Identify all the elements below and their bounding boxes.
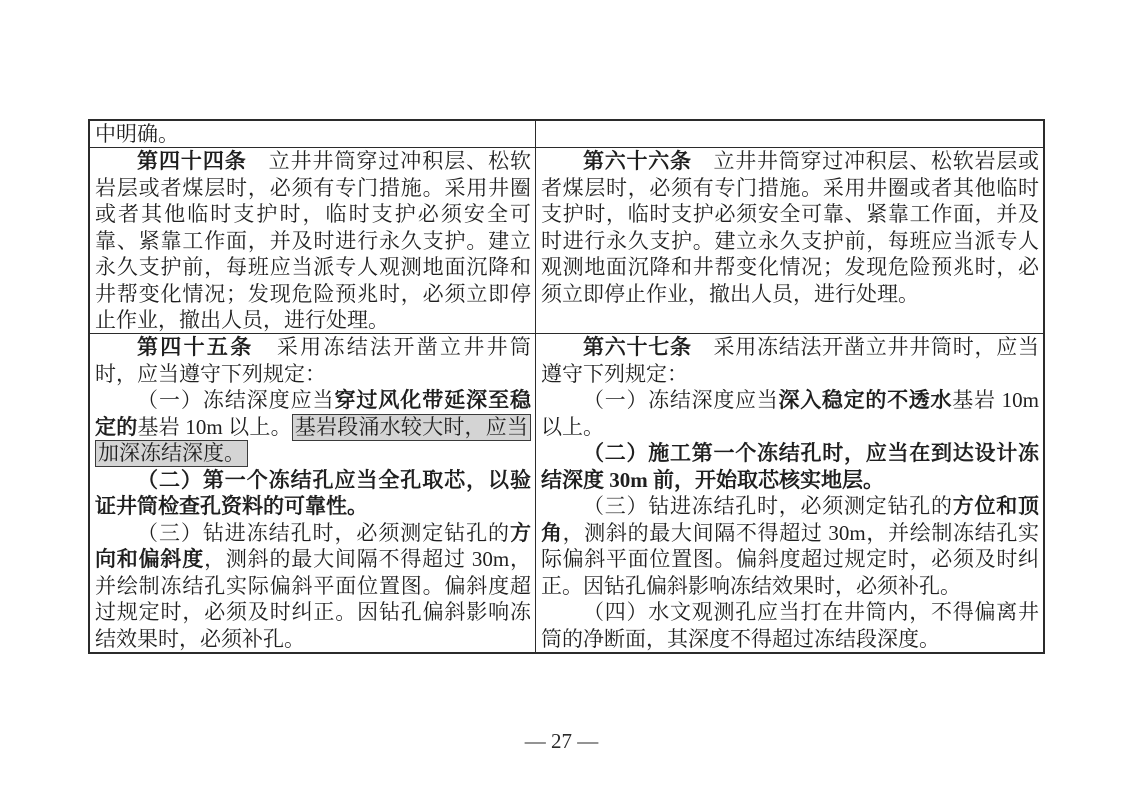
text-run: （一）冻结深度应当: [583, 388, 778, 412]
text-run: （一）冻结深度应当: [137, 388, 334, 412]
table-cell-left-row3: 第四十五条 采用冻结法开凿立井井筒时，应当遵守下列规定：（一）冻结深度应当穿过风…: [90, 334, 536, 652]
text-run: 基岩 10m 以上。: [137, 415, 291, 439]
text-run: 中明确。: [95, 122, 179, 146]
text-run: ，测斜的最大间隔不得超过 30m，并绘制冻结孔实际偏斜平面位置图。偏斜度超过规定…: [541, 521, 1039, 598]
paragraph: 第四十五条 采用冻结法开凿立井井筒时，应当遵守下列规定：: [95, 334, 531, 387]
bold-text: 第四十四条: [137, 149, 247, 173]
table-cell-right-row2: 第六十六条 立井井筒穿过冲积层、松软岩层或者煤层时，必须有专门措施。采用井圈或者…: [536, 148, 1043, 334]
text-run: （三）钻进冻结孔时，必须测定钻孔的: [137, 521, 510, 545]
paragraph: （三）钻进冻结孔时，必须测定钻孔的方位和顶角，测斜的最大间隔不得超过 30m，并…: [541, 493, 1039, 599]
paragraph: （一）冻结深度应当深入稳定的不透水基岩 10m 以上。: [541, 387, 1039, 440]
text-run: （四）水文观测孔应当打在井筒内，不得偏离井筒的净断面，其深度不得超过冻结段深度。: [541, 600, 1039, 651]
bold-text: （二）第一个冻结孔应当全孔取芯，以验证井筒检查孔资料的可靠性。: [95, 468, 531, 519]
paragraph: 中明确。: [95, 121, 531, 148]
page-number: — 27 —: [0, 729, 1123, 754]
bold-text: 第四十五条: [137, 335, 254, 359]
paragraph: （三）钻进冻结孔时，必须测定钻孔的方向和偏斜度，测斜的最大间隔不得超过 30m，…: [95, 520, 531, 653]
paragraph: （二）施工第一个冻结孔时，应当在到达设计冻结深度 30m 前，开始取芯核实地层。: [541, 440, 1039, 493]
paragraph: （二）第一个冻结孔应当全孔取芯，以验证井筒检查孔资料的可靠性。: [95, 467, 531, 520]
table-cell-left-row1: 中明确。: [90, 121, 536, 148]
bold-text: 第六十七条: [583, 335, 692, 359]
document-page: { "document": { "footer_page_number": "—…: [0, 0, 1123, 794]
paragraph: （一）冻结深度应当穿过风化带延深至稳定的基岩 10m 以上。基岩段涌水较大时，应…: [95, 387, 531, 467]
text-run: （三）钻进冻结孔时，必须测定钻孔的: [583, 494, 953, 518]
paragraph: 第六十七条 采用冻结法开凿立井井筒时，应当遵守下列规定：: [541, 334, 1039, 387]
comparison-table: 中明确。第四十四条 立井井筒穿过冲积层、松软岩层或者煤层时，必须有专门措施。采用…: [88, 119, 1045, 654]
bold-text: 深入稳定的不透水: [778, 388, 952, 412]
bold-text: （二）施工第一个冻结孔时，应当在到达设计冻结深度 30m 前，开始取芯核实地层。: [541, 441, 1039, 492]
paragraph: （四）水文观测孔应当打在井筒内，不得偏离井筒的净断面，其深度不得超过冻结段深度。: [541, 599, 1039, 652]
table-cell-right-row1: [536, 121, 1043, 148]
table-cell-right-row3: 第六十七条 采用冻结法开凿立井井筒时，应当遵守下列规定：（一）冻结深度应当深入稳…: [536, 334, 1043, 652]
bold-text: 第六十六条: [583, 149, 692, 173]
text-run: 立井井筒穿过冲积层、松软岩层或者煤层时，必须有专门措施。采用井圈或者其他临时支护…: [95, 149, 531, 332]
paragraph: 第四十四条 立井井筒穿过冲积层、松软岩层或者煤层时，必须有专门措施。采用井圈或者…: [95, 148, 531, 334]
paragraph: 第六十六条 立井井筒穿过冲积层、松软岩层或者煤层时，必须有专门措施。采用井圈或者…: [541, 148, 1039, 307]
table-cell-left-row2: 第四十四条 立井井筒穿过冲积层、松软岩层或者煤层时，必须有专门措施。采用井圈或者…: [90, 148, 536, 334]
